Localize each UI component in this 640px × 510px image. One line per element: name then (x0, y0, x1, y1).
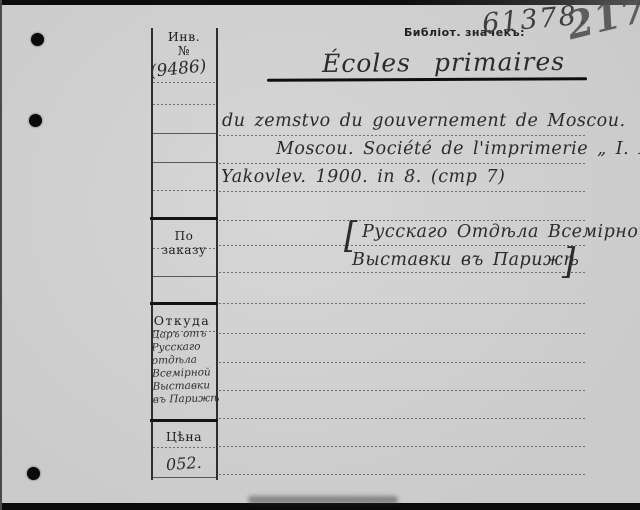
inventory-label-line1: Инв. (151, 30, 217, 44)
inventory-number: (9486) (149, 56, 207, 82)
library-catalog-card: Библіот. значекъ: 61378. 217 Инв. № (948… (0, 0, 640, 510)
ruled-line (219, 245, 585, 246)
ruled-line (219, 191, 585, 192)
scan-edge-left (0, 0, 2, 510)
ruled-line (219, 446, 585, 447)
title-underline (267, 77, 587, 81)
bracket-close: ] (562, 241, 575, 283)
ruled-line (219, 362, 585, 363)
section-divider (150, 217, 218, 220)
punch-hole (31, 33, 44, 46)
entry-note-2: Выставки въ Парижѣ (352, 250, 579, 270)
entry-line-2: Moscou. Société de l'imprimerie „ I. P. (276, 139, 640, 159)
entry-line-3: Yakovlev. 1900. in 8. (стр 7) (221, 167, 505, 187)
entry-note-1: Русскаго Отдѣла Всемірной (362, 222, 640, 242)
entry-line-1: du zemstvo du gouvernement de Moscou. (222, 111, 626, 131)
ruled-line (153, 190, 216, 191)
ruled-line (219, 303, 585, 304)
punch-hole (27, 467, 40, 480)
ruled-line (219, 390, 585, 391)
punch-hole (29, 114, 42, 127)
price-value: 052. (165, 453, 202, 474)
ink-smudge (248, 496, 398, 504)
order-label: По заказу (151, 229, 217, 257)
origin-note-line: Даръ отъ (151, 327, 215, 342)
ruled-line (153, 477, 216, 478)
inventory-label: Инв. № (151, 30, 217, 58)
ruled-line (153, 162, 216, 163)
inventory-label-line2: № (151, 44, 217, 58)
scan-edge-bottom (0, 503, 640, 510)
entry-title: Écoles primaires (322, 47, 565, 78)
pencil-number: 217 (562, 0, 640, 48)
origin-note-line: въ Парижѣ (153, 392, 217, 407)
section-divider (150, 419, 218, 422)
ruled-line (153, 276, 216, 277)
ruled-line (153, 133, 216, 134)
ruled-line (153, 82, 216, 83)
ruled-line (219, 418, 585, 419)
ruled-line (153, 104, 216, 105)
ruled-line (219, 163, 585, 164)
ruled-line (219, 220, 585, 221)
origin-note: Даръ отъ Русскаго отдѣла Всемірной Выста… (151, 327, 217, 407)
origin-label: Откуда (149, 313, 215, 328)
ruled-line (219, 272, 585, 273)
ruled-line (219, 333, 585, 334)
ruled-line (219, 135, 585, 136)
ruled-line (153, 447, 216, 448)
ruled-line (219, 474, 585, 475)
section-divider (150, 302, 218, 305)
price-label: Цѣна (151, 429, 217, 444)
